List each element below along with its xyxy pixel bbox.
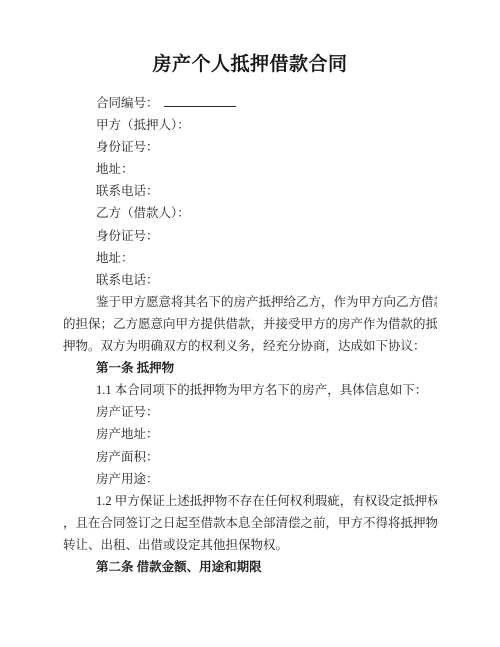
field-address-a: 地址： [63,158,437,180]
clause-1-2-line: 1.2 甲方保证上述抵押物不存在任何权利瑕疵，有权设定抵押权 [63,490,437,512]
preamble-line: 的担保；乙方愿意向甲方提供借款，并接受甲方的房产作为借款的抵 [63,313,437,335]
preamble-line: 押物。双方为明确双方的权利义务，经充分协商，达成如下协议： [63,335,437,357]
field-property-use: 房产用途： [63,468,437,490]
contract-number-label: 合同编号： [96,96,159,110]
field-party-b: 乙方（借款人）： [63,202,437,224]
clause-1-1: 1.1 本合同项下的抵押物为甲方名下的房产，具体信息如下： [63,379,437,401]
field-id-number-a: 身份证号： [63,136,437,158]
field-id-number-b: 身份证号： [63,225,437,247]
field-party-a: 甲方（抵押人）： [63,114,437,136]
field-property-address: 房产地址： [63,423,437,445]
preamble-line: 鉴于甲方愿意将其名下的房产抵押给乙方，作为甲方向乙方借款 [63,291,437,313]
field-phone-b: 联系电话： [63,269,437,291]
document-title: 房产个人抵押借款合同 [0,52,500,78]
contract-page: 房产个人抵押借款合同 合同编号： 甲方（抵押人）： 身份证号： 地址： 联系电话… [0,0,500,647]
field-property-area: 房产面积： [63,446,437,468]
field-property-cert-no: 房产证号： [63,401,437,423]
contract-number-blank [164,94,236,107]
field-phone-a: 联系电话： [63,180,437,202]
field-contract-number: 合同编号： [63,92,437,114]
clause-1-2-line: 转让、出租、出借或设定其他担保物权。 [63,534,437,556]
article-1-heading: 第一条 抵押物 [63,357,437,379]
document-body: 合同编号： 甲方（抵押人）： 身份证号： 地址： 联系电话： 乙方（借款人）： … [63,92,437,578]
article-2-heading: 第二条 借款金额、用途和期限 [63,556,437,578]
field-address-b: 地址： [63,247,437,269]
clause-1-2-line: ，且在合同签订之日起至借款本息全部清偿之前，甲方不得将抵押物 [63,512,437,534]
